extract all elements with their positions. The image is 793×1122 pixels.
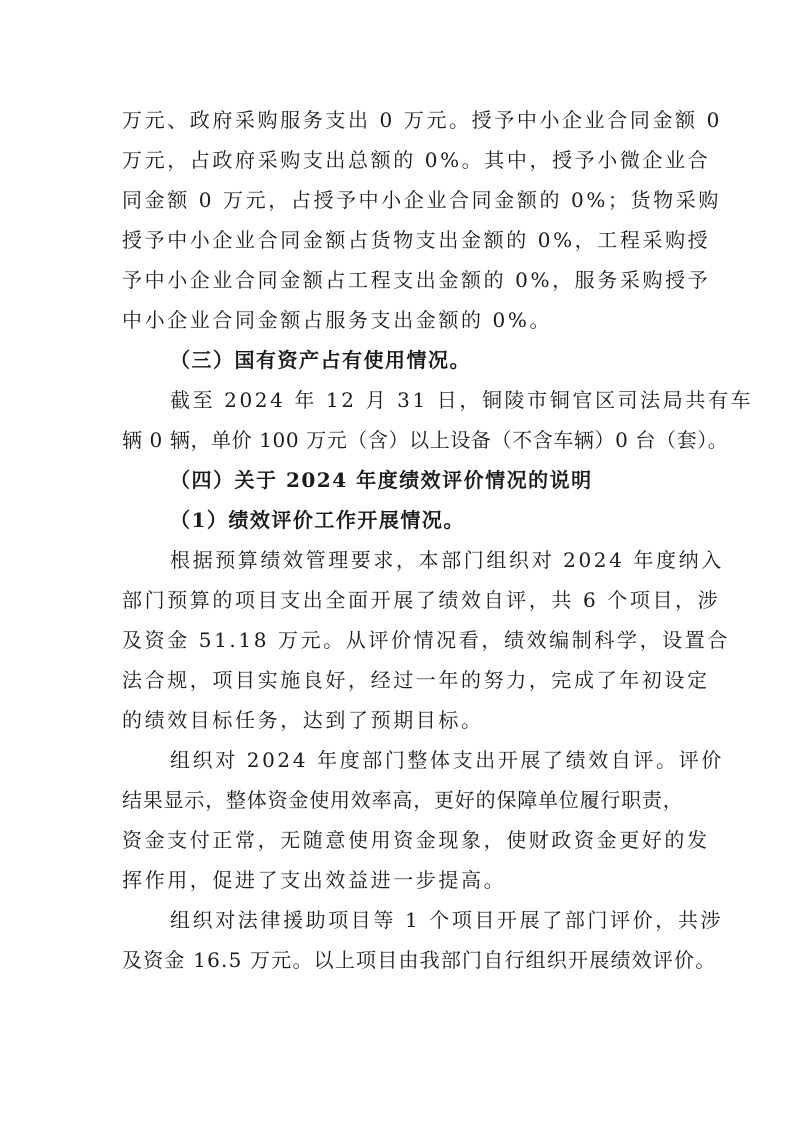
text-line: 结果显示，整体资金使用效率高，更好的保障单位履行职责， bbox=[122, 780, 674, 820]
text-line: 资金支付正常，无随意使用资金现象，使财政资金更好的发 bbox=[122, 820, 674, 860]
paragraph-procurement: 万元、政府采购服务支出 0 万元。授予中小企业合同金额 0 万元，占政府采购支出… bbox=[122, 100, 674, 340]
text-line: 的绩效目标任务，达到了预期目标。 bbox=[122, 700, 674, 740]
text-line: 辆 0 辆，单价 100 万元（含）以上设备（不含车辆）0 台（套）。 bbox=[122, 420, 674, 460]
text-line: 截至 2024 年 12 月 31 日，铜陵市铜官区司法局共有车 bbox=[122, 380, 674, 420]
text-line: 挥作用，促进了支出效益进一步提高。 bbox=[122, 860, 674, 900]
text-line: 万元，占政府采购支出总额的 0%。其中，授予小微企业合 bbox=[122, 140, 674, 180]
text-line: 中小企业合同金额占服务支出金额的 0%。 bbox=[122, 300, 674, 340]
paragraph-state-assets: 截至 2024 年 12 月 31 日，铜陵市铜官区司法局共有车 辆 0 辆，单… bbox=[122, 380, 674, 460]
text-line: 根据预算绩效管理要求，本部门组织对 2024 年度纳入 bbox=[122, 540, 674, 580]
section-heading-performance-evaluation: （四）关于 2024 年度绩效评价情况的说明 bbox=[122, 460, 674, 500]
subsection-heading-evaluation-work: （1）绩效评价工作开展情况。 bbox=[122, 500, 674, 540]
document-page: 万元、政府采购服务支出 0 万元。授予中小企业合同金额 0 万元，占政府采购支出… bbox=[122, 100, 674, 980]
text-line: 组织对法律援助项目等 1 个项目开展了部门评价，共涉 bbox=[122, 900, 674, 940]
text-line: 组织对 2024 年度部门整体支出开展了绩效自评。评价 bbox=[122, 740, 674, 780]
text-line: 及资金 51.18 万元。从评价情况看，绩效编制科学，设置合 bbox=[122, 620, 674, 660]
paragraph-overall-expenditure-evaluation: 组织对 2024 年度部门整体支出开展了绩效自评。评价 结果显示，整体资金使用效… bbox=[122, 740, 674, 900]
text-line: 予中小企业合同金额占工程支出金额的 0%，服务采购授予 bbox=[122, 260, 674, 300]
text-line: 法合规，项目实施良好，经过一年的努力，完成了年初设定 bbox=[122, 660, 674, 700]
paragraph-department-evaluation: 组织对法律援助项目等 1 个项目开展了部门评价，共涉 及资金 16.5 万元。以… bbox=[122, 900, 674, 980]
text-line: 万元、政府采购服务支出 0 万元。授予中小企业合同金额 0 bbox=[122, 100, 674, 140]
section-heading-state-assets: （三）国有资产占有使用情况。 bbox=[122, 340, 674, 380]
text-line: 授予中小企业合同金额占货物支出金额的 0%，工程采购授 bbox=[122, 220, 674, 260]
text-line: 同金额 0 万元，占授予中小企业合同金额的 0%；货物采购 bbox=[122, 180, 674, 220]
paragraph-project-self-evaluation: 根据预算绩效管理要求，本部门组织对 2024 年度纳入 部门预算的项目支出全面开… bbox=[122, 540, 674, 740]
text-line: 及资金 16.5 万元。以上项目由我部门自行组织开展绩效评价。 bbox=[122, 940, 674, 980]
text-line: 部门预算的项目支出全面开展了绩效自评，共 6 个项目，涉 bbox=[122, 580, 674, 620]
